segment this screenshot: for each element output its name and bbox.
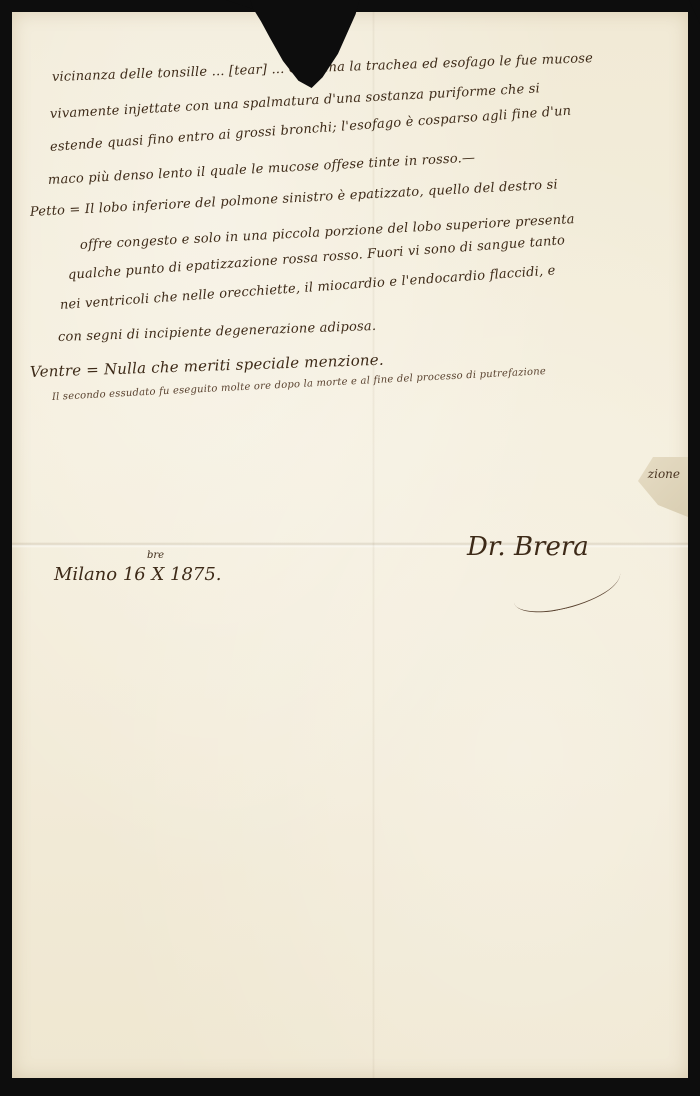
date-superscript: bre <box>147 550 164 561</box>
manuscript-line: maco più denso lento il quale le mucose … <box>48 151 476 188</box>
torn-corner <box>688 0 700 28</box>
manuscript-line: con segni di incipiente degenerazione ad… <box>58 319 377 345</box>
date-line: Milano 16 X 1875. <box>54 564 222 585</box>
folded-corner <box>638 457 688 517</box>
vertical-crease <box>372 12 375 1078</box>
signature-flourish <box>509 556 625 619</box>
margin-fragment: zione <box>648 467 680 481</box>
paper-sheet: vicinanza delle tonsille ... [tear] ... … <box>12 12 688 1078</box>
signature: Dr. Brera <box>467 532 589 562</box>
